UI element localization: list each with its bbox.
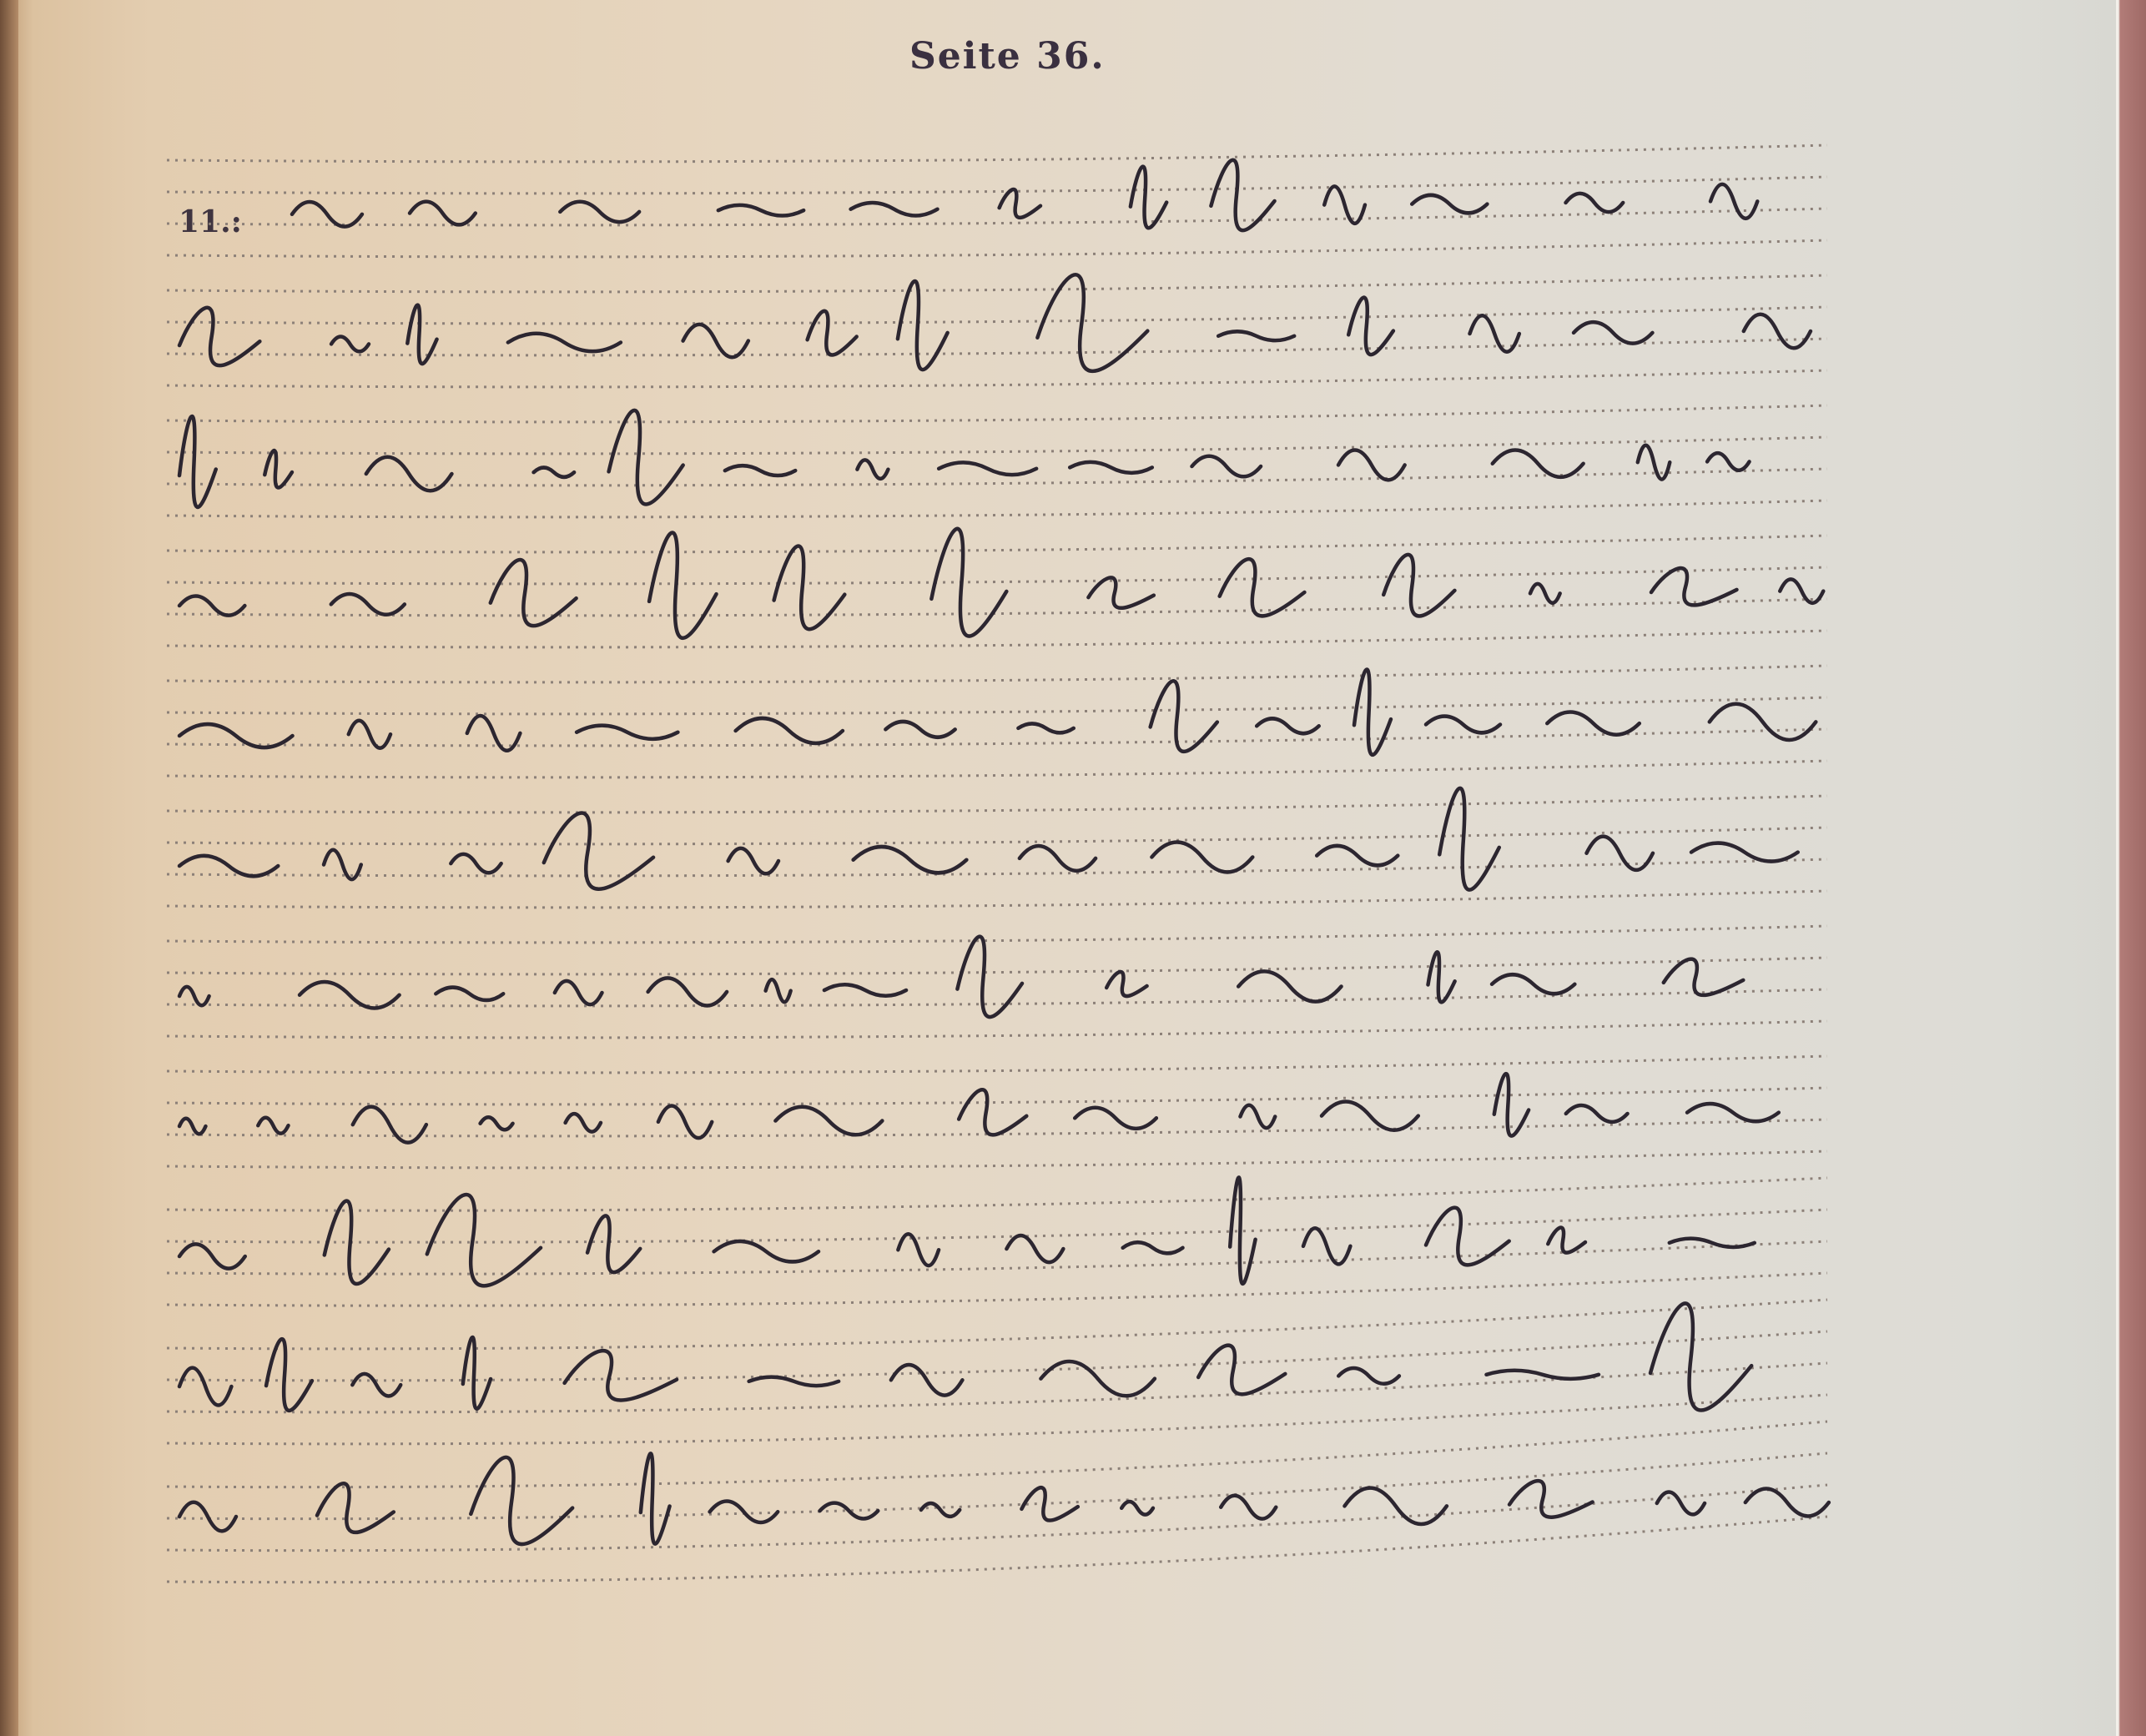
ruling-line xyxy=(167,437,1827,454)
shorthand-glyph xyxy=(427,1195,541,1286)
shorthand-glyph xyxy=(1657,1492,1705,1514)
ruling-line xyxy=(167,828,1827,844)
shorthand-glyph xyxy=(1509,1481,1593,1517)
shorthand-glyph xyxy=(560,202,639,222)
shorthand-glyph xyxy=(1338,1368,1399,1384)
ruling-line xyxy=(167,666,1827,682)
shorthand-glyph xyxy=(658,1106,712,1139)
shorthand-glyph xyxy=(921,1503,960,1517)
shorthand-glyph xyxy=(179,308,259,365)
shorthand-glyph xyxy=(1218,331,1294,340)
shorthand-glyph xyxy=(353,1107,426,1143)
shorthand-glyph xyxy=(451,854,501,873)
book-page-photo: Seite 36. 11.: xyxy=(0,0,2146,1736)
shorthand-glyph xyxy=(774,546,845,630)
shorthand-glyph xyxy=(1131,167,1166,229)
shorthand-glyph xyxy=(179,1119,205,1135)
shorthand-glyph xyxy=(566,1114,601,1131)
shorthand-glyph xyxy=(1412,195,1487,214)
shorthand-glyph xyxy=(1530,584,1560,603)
shorthand-glyph xyxy=(1486,1371,1598,1379)
shorthand-glyph xyxy=(1338,450,1405,480)
shorthand-glyph xyxy=(410,202,476,225)
ruling-line xyxy=(167,761,1827,777)
ruling-line xyxy=(167,1517,1827,1583)
ruling-line xyxy=(167,240,1827,257)
ruling-line xyxy=(167,536,1827,552)
ruling-line xyxy=(167,567,1827,584)
shorthand-glyph xyxy=(179,856,278,876)
ruling-line xyxy=(167,1210,1827,1242)
shorthand-glyph xyxy=(728,848,778,873)
shorthand-glyph xyxy=(736,718,843,743)
shorthand-glyph xyxy=(481,1117,513,1130)
shorthand-glyph xyxy=(1198,1346,1285,1395)
shorthand-glyph xyxy=(1744,314,1811,349)
ruling-line xyxy=(167,1273,1827,1306)
shorthand-glyph xyxy=(1037,274,1147,371)
ruling-line xyxy=(167,1422,1827,1487)
shorthand-glyph xyxy=(1565,194,1623,212)
shorthand-glyph xyxy=(1317,846,1398,865)
shorthand-glyph xyxy=(436,988,503,1000)
ruling-line xyxy=(167,1088,1827,1104)
shorthand-glyph xyxy=(824,984,906,995)
shorthand-glyph xyxy=(1348,298,1393,355)
shorthand-glyph xyxy=(1257,718,1319,733)
shorthand-strokes xyxy=(179,160,1829,1544)
shorthand-glyph xyxy=(258,1118,288,1134)
shorthand-glyph xyxy=(1687,1104,1779,1121)
shorthand-glyph xyxy=(891,1365,963,1396)
shorthand-glyph xyxy=(939,462,1036,475)
ruling-line xyxy=(167,209,1827,225)
shorthand-glyph xyxy=(264,450,292,487)
shorthand-glyph xyxy=(407,305,436,364)
shorthand-glyph xyxy=(1691,843,1798,862)
ruling-line xyxy=(167,275,1827,292)
shorthand-glyph xyxy=(714,1241,819,1261)
ruling-line xyxy=(167,1331,1827,1381)
shorthand-glyph xyxy=(508,334,621,351)
shorthand-glyph xyxy=(857,460,888,478)
shorthand-glyph xyxy=(1651,568,1736,605)
shorthand-glyph xyxy=(1710,184,1757,219)
shorthand-glyph xyxy=(534,468,575,477)
shorthand-glyph xyxy=(1191,456,1261,477)
shorthand-glyph xyxy=(1566,1105,1628,1122)
ruling-line xyxy=(167,958,1827,974)
shorthand-glyph xyxy=(1075,1108,1156,1129)
shorthand-glyph xyxy=(749,1377,839,1386)
shorthand-glyph xyxy=(1070,462,1152,473)
ruling-line xyxy=(167,926,1827,943)
shorthand-glyph xyxy=(1240,1105,1275,1128)
shorthand-glyph xyxy=(331,336,369,351)
ruling-line xyxy=(167,859,1827,876)
shorthand-glyph xyxy=(555,981,602,1004)
ruling-line xyxy=(167,1300,1827,1349)
ruling-line xyxy=(167,796,1827,813)
ruling-line xyxy=(167,1395,1827,1444)
ruling-line xyxy=(167,370,1827,387)
shorthand-glyph xyxy=(1020,846,1096,871)
shorthand-glyph xyxy=(1650,1303,1751,1410)
shorthand-glyph xyxy=(718,205,803,216)
shorthand-glyph xyxy=(1151,842,1252,872)
shorthand-glyph xyxy=(641,1453,670,1543)
shorthand-glyph xyxy=(1354,670,1391,755)
shorthand-glyph xyxy=(1707,453,1749,470)
shorthand-glyph xyxy=(1000,189,1040,218)
shorthand-glyph xyxy=(775,1107,882,1135)
shorthand-glyph xyxy=(266,1339,312,1411)
shorthand-glyph xyxy=(1322,1101,1418,1130)
shorthand-glyph xyxy=(957,937,1022,1017)
shorthand-glyph xyxy=(885,722,955,737)
ruling-line xyxy=(167,989,1827,1006)
shorthand-glyph xyxy=(648,978,728,1005)
shorthand-glyph xyxy=(565,1351,677,1400)
shorthand-glyph xyxy=(1123,1242,1183,1253)
shorthand-glyph xyxy=(1492,974,1574,994)
shorthand-glyph xyxy=(959,1089,1026,1135)
shorthand-glyph xyxy=(1493,450,1584,477)
ruling-line xyxy=(167,405,1827,422)
shorthand-glyph xyxy=(587,1215,640,1272)
shorthand-glyph xyxy=(1121,1502,1153,1515)
shorthand-glyph xyxy=(179,596,244,615)
shorthand-glyph xyxy=(1018,723,1073,732)
ruling-line xyxy=(167,891,1827,908)
ruling-line xyxy=(167,145,1827,162)
shorthand-glyph xyxy=(179,1244,245,1268)
shorthand-glyph xyxy=(898,281,948,370)
shorthand-glyph xyxy=(683,325,748,357)
shorthand-glyph xyxy=(1746,1489,1829,1517)
shorthand-glyph xyxy=(179,1368,231,1406)
shorthand-glyph xyxy=(491,560,577,626)
shorthand-glyph xyxy=(1238,971,1341,1001)
shorthand-glyph xyxy=(544,813,653,889)
ruling-line xyxy=(167,1485,1827,1551)
shorthand-glyph xyxy=(649,532,716,637)
shorthand-glyph xyxy=(1426,717,1500,733)
shorthand-glyph xyxy=(292,202,362,227)
shorthand-glyph xyxy=(1106,972,1146,996)
shorthand-glyph xyxy=(851,203,938,216)
shorthand-glyph xyxy=(1303,1228,1350,1264)
shorthand-glyph xyxy=(766,979,791,1002)
ruling-line xyxy=(167,729,1827,746)
shorthand-glyph xyxy=(179,987,209,1005)
shorthand-glyph xyxy=(1664,959,1744,995)
ruling-line xyxy=(167,177,1827,194)
shorthand-glyph xyxy=(1221,1496,1276,1519)
shorthand-glyph xyxy=(1021,1487,1077,1520)
shorthand-glyph xyxy=(317,1483,394,1532)
shorthand-glyph xyxy=(300,982,400,1008)
shorthand-glyph xyxy=(179,416,216,507)
shorthand-glyph xyxy=(1574,322,1652,343)
shorthand-glyph xyxy=(1220,559,1305,616)
shorthand-glyph xyxy=(1040,1361,1154,1396)
shorthand-glyph xyxy=(725,465,795,476)
ruling-line xyxy=(167,631,1827,647)
ruling-line xyxy=(167,1363,1827,1412)
shorthand-glyph xyxy=(352,1374,400,1396)
shorthand-glyph xyxy=(1547,712,1640,735)
shorthand-glyph xyxy=(1428,952,1454,1002)
shorthand-glyph xyxy=(577,726,678,739)
ruling-line xyxy=(167,1178,1827,1210)
shorthand-glyph xyxy=(1006,1235,1063,1262)
shorthand-glyph xyxy=(349,721,390,748)
shorthand-glyph xyxy=(179,1502,236,1532)
ruling-line xyxy=(167,501,1827,517)
shorthand-glyph xyxy=(331,594,405,615)
shorthand-glyph xyxy=(854,847,967,873)
ruling-line xyxy=(167,339,1827,355)
ruling-line xyxy=(167,1151,1827,1168)
ruling-line xyxy=(167,1021,1827,1038)
shorthand-glyph xyxy=(1548,1227,1585,1252)
shorthand-glyph xyxy=(471,1457,572,1544)
dotted-ruling xyxy=(167,145,1827,1583)
shorthand-glyph xyxy=(808,311,857,355)
shorthand-lines xyxy=(0,0,2146,1736)
ruling-line xyxy=(167,1056,1827,1073)
shorthand-glyph xyxy=(609,410,683,505)
shorthand-glyph xyxy=(1426,1208,1509,1266)
shorthand-glyph xyxy=(1088,577,1153,607)
shorthand-glyph xyxy=(1710,704,1816,740)
